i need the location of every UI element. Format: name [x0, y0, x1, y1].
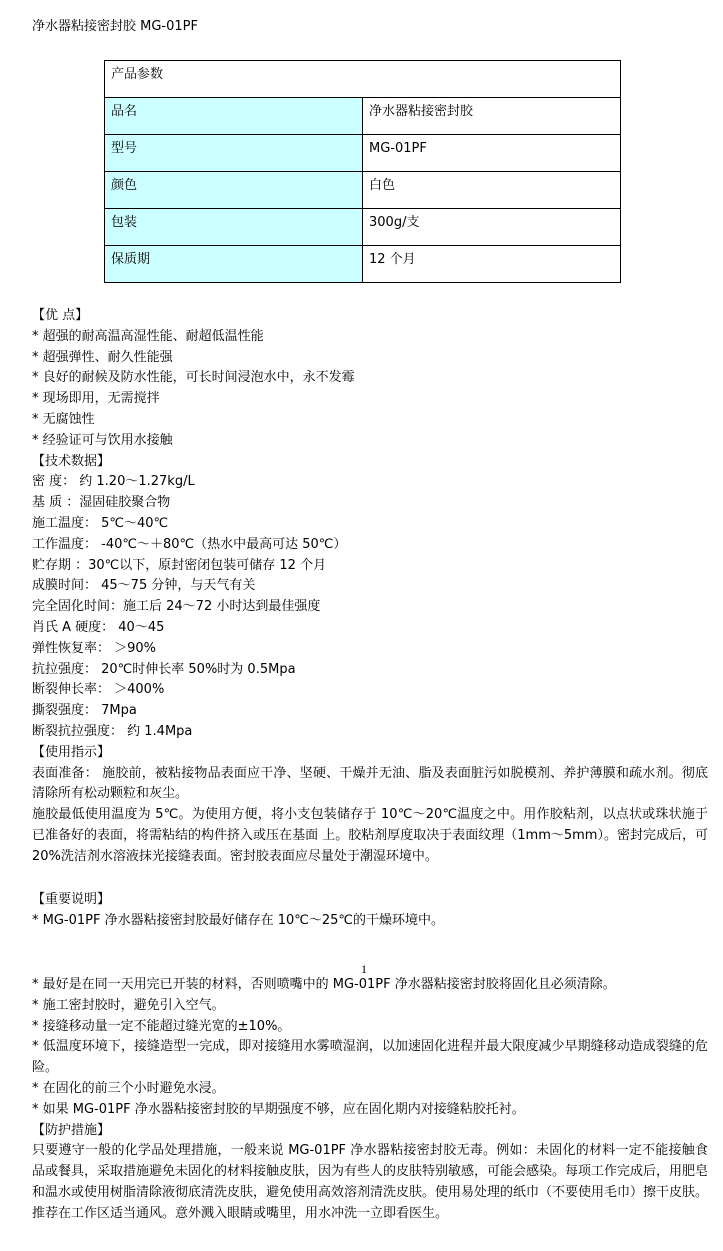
important-item: * 在固化的前三个小时避免水浸。 — [32, 1079, 708, 1100]
important-heading: 【重要说明】 — [32, 890, 708, 911]
tech-data-item: 基 质 ：湿固硅胶聚合物 — [32, 493, 708, 514]
important-item: * 最好是在同一天用完已开装的材料，否则喷嘴中的 MG-01PF 净水器粘接密封… — [32, 975, 708, 996]
product-spec-table: 产品参数 品名 净水器粘接密封胶 型号 MG-01PF 颜色 白色 包装 300… — [104, 60, 621, 283]
tech-data-item: 弹性恢复率： ＞90% — [32, 639, 708, 660]
tech-data-item: 断裂伸长率： ＞400% — [32, 680, 708, 701]
tech-data-item: 密 度： 约 1.20～1.27kg/L — [32, 472, 708, 493]
usage-paragraph: 施胶最低使用温度为 5℃。为使用方便，将小支包装储存于 10℃～20℃温度之中。… — [32, 805, 708, 867]
tech-data-item: 断裂抗拉强度： 约 1.4Mpa — [32, 722, 708, 743]
document-title: 净水器粘接密封胶 MG-01PF — [32, 19, 198, 35]
spec-value: 12 个月 — [363, 246, 621, 283]
spec-value: MG-01PF — [363, 135, 621, 172]
spec-value: 白色 — [363, 172, 621, 209]
important-item: * 接缝移动量一定不能超过缝光宽的±10%。 — [32, 1017, 708, 1038]
protection-heading: 【防护措施】 — [32, 1121, 708, 1142]
important-item: * 如果 MG-01PF 净水器粘接密封胶的早期强度不够，应在固化期内对接缝粘胶… — [32, 1100, 708, 1121]
spec-value: 300g/支 — [363, 209, 621, 246]
main-content-block: 【优 点】 * 超强的耐高温高湿性能、耐超低温性能 * 超强弹性、耐久性能强 *… — [32, 306, 708, 868]
tech-data-item: 肖氏 A 硬度： 40～45 — [32, 618, 708, 639]
spec-key: 保质期 — [105, 246, 363, 283]
spec-table-header-row: 产品参数 — [105, 61, 621, 98]
spec-key: 型号 — [105, 135, 363, 172]
protection-paragraph: 只要遵守一般的化学品处理措施，一般来说 MG-01PF 净水器粘接密封胶无毒。例… — [32, 1141, 708, 1224]
spec-table-header: 产品参数 — [105, 61, 621, 98]
advantage-item: * 现场即用，无需搅拌 — [32, 389, 708, 410]
usage-paragraph: 表面准备： 施胶前，被粘接物品表面应干净、坚硬、干燥并无油、脂及表面脏污如脱模剂… — [32, 764, 708, 806]
spec-row-color: 颜色 白色 — [105, 172, 621, 209]
tech-data-item: 工作温度： -40℃～＋80℃（热水中最高可达 50℃） — [32, 535, 708, 556]
tech-data-heading: 【技术数据】 — [32, 452, 708, 473]
tech-data-item: 完全固化时间：施工后 24～72 小时达到最佳强度 — [32, 597, 708, 618]
tech-data-item: 成膜时间： 45～75 分钟，与天气有关 — [32, 576, 708, 597]
advantage-item: * 经验证可与饮用水接触 — [32, 431, 708, 452]
spec-row-model: 型号 MG-01PF — [105, 135, 621, 172]
tech-data-item: 撕裂强度： 7Mpa — [32, 701, 708, 722]
tech-data-item: 抗拉强度： 20℃时伸长率 50%时为 0.5Mpa — [32, 660, 708, 681]
advantage-item: * 良好的耐候及防水性能，可长时间浸泡水中，永不发霉 — [32, 368, 708, 389]
usage-heading: 【使用指示】 — [32, 743, 708, 764]
important-block: 【重要说明】 * MG-01PF 净水器粘接密封胶最好储存在 10℃～25℃的干… — [32, 890, 708, 932]
spec-row-shelf-life: 保质期 12 个月 — [105, 246, 621, 283]
tech-data-item: 贮存期 ：30℃以下，原封密闭包装可储存 12 个月 — [32, 556, 708, 577]
spec-row-name: 品名 净水器粘接密封胶 — [105, 98, 621, 135]
spec-key: 颜色 — [105, 172, 363, 209]
advantage-item: * 超强的耐高温高湿性能、耐超低温性能 — [32, 327, 708, 348]
important-item: * 低温度环境下，接缝造型一完成，即对接缝用水雾喷湿润，以加速固化进程并最大限度… — [32, 1037, 708, 1079]
important-continued-block: * 最好是在同一天用完已开装的材料，否则喷嘴中的 MG-01PF 净水器粘接密封… — [32, 975, 708, 1225]
important-item: * 施工密封胶时，避免引入空气。 — [32, 996, 708, 1017]
spec-value: 净水器粘接密封胶 — [363, 98, 621, 135]
advantages-heading: 【优 点】 — [32, 306, 708, 327]
tech-data-item: 施工温度： 5℃～40℃ — [32, 514, 708, 535]
spec-key: 品名 — [105, 98, 363, 135]
spec-row-package: 包装 300g/支 — [105, 209, 621, 246]
important-item: * MG-01PF 净水器粘接密封胶最好储存在 10℃～25℃的干燥环境中。 — [32, 911, 708, 932]
spec-key: 包装 — [105, 209, 363, 246]
advantage-item: * 无腐蚀性 — [32, 410, 708, 431]
advantage-item: * 超强弹性、耐久性能强 — [32, 348, 708, 369]
